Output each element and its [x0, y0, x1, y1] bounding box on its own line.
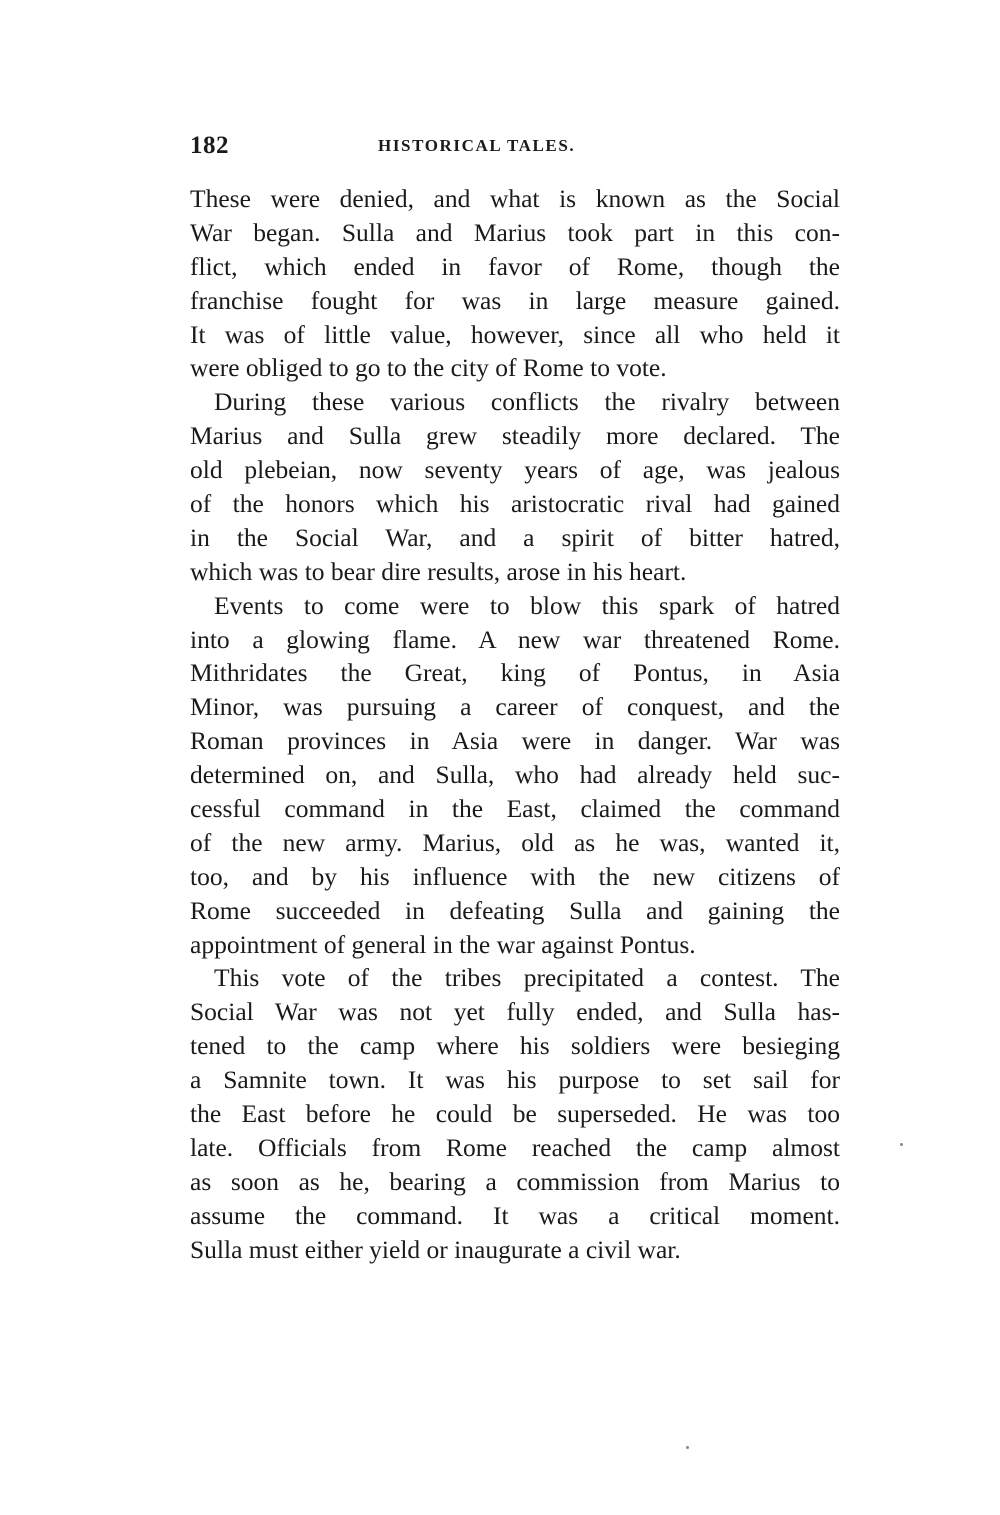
- text-line: Social War was not yet fully ended, and …: [190, 995, 840, 1029]
- text-line: Events to come were to blow this spark o…: [190, 589, 840, 623]
- scan-speck: [686, 1446, 689, 1449]
- text-line: Marius and Sulla grew steadily more decl…: [190, 419, 840, 453]
- text-line: the East before he could be superseded. …: [190, 1097, 840, 1131]
- body-text: These were denied, and what is known as …: [190, 182, 840, 1267]
- text-line: Minor, was pursuing a career of conquest…: [190, 690, 840, 724]
- text-line: This vote of the tribes precipitated a c…: [190, 961, 840, 995]
- text-line: late. Officials from Rome reached the ca…: [190, 1131, 840, 1165]
- text-line: Rome succeeded in defeating Sulla and ga…: [190, 894, 840, 928]
- text-line: of the honors which his aristocratic riv…: [190, 487, 840, 521]
- scan-speck: [900, 1143, 903, 1146]
- text-line: as soon as he, bearing a commission from…: [190, 1165, 840, 1199]
- text-line: into a glowing flame. A new war threaten…: [190, 623, 840, 657]
- paragraph-2: During these various conflicts the rival…: [190, 385, 840, 588]
- text-line: assume the command. It was a critical mo…: [190, 1199, 840, 1233]
- text-line: tened to the camp where his soldiers wer…: [190, 1029, 840, 1063]
- page-header: 182 HISTORICAL TALES.: [190, 132, 840, 162]
- text-line: of the new army. Marius, old as he was, …: [190, 826, 840, 860]
- text-line: in the Social War, and a spirit of bitte…: [190, 521, 840, 555]
- text-line: determined on, and Sulla, who had alread…: [190, 758, 840, 792]
- text-line: Sulla must either yield or inaugurate a …: [190, 1233, 840, 1267]
- text-line: were obliged to go to the city of Rome t…: [190, 351, 840, 385]
- text-line: It was of little value, however, since a…: [190, 318, 840, 352]
- running-head: HISTORICAL TALES.: [378, 136, 575, 156]
- text-line: Roman provinces in Asia were in danger. …: [190, 724, 840, 758]
- text-line: During these various conflicts the rival…: [190, 385, 840, 419]
- text-line: a Samnite town. It was his purpose to se…: [190, 1063, 840, 1097]
- text-line: too, and by his influence with the new c…: [190, 860, 840, 894]
- text-line: These were denied, and what is known as …: [190, 182, 840, 216]
- paragraph-3: Events to come were to blow this spark o…: [190, 589, 840, 962]
- text-line: appointment of general in the war agains…: [190, 928, 840, 962]
- book-page: 182 HISTORICAL TALES. These were denied,…: [0, 0, 1000, 1515]
- text-line: flict, which ended in favor of Rome, tho…: [190, 250, 840, 284]
- text-line: which was to bear dire results, arose in…: [190, 555, 840, 589]
- text-line: old plebeian, now seventy years of age, …: [190, 453, 840, 487]
- text-line: Mithridates the Great, king of Pontus, i…: [190, 656, 840, 690]
- paragraph-1: These were denied, and what is known as …: [190, 182, 840, 385]
- text-line: cessful command in the East, claimed the…: [190, 792, 840, 826]
- page-number: 182: [190, 132, 229, 160]
- text-line: War began. Sulla and Marius took part in…: [190, 216, 840, 250]
- text-line: franchise fought for was in large measur…: [190, 284, 840, 318]
- paragraph-4: This vote of the tribes precipitated a c…: [190, 961, 840, 1266]
